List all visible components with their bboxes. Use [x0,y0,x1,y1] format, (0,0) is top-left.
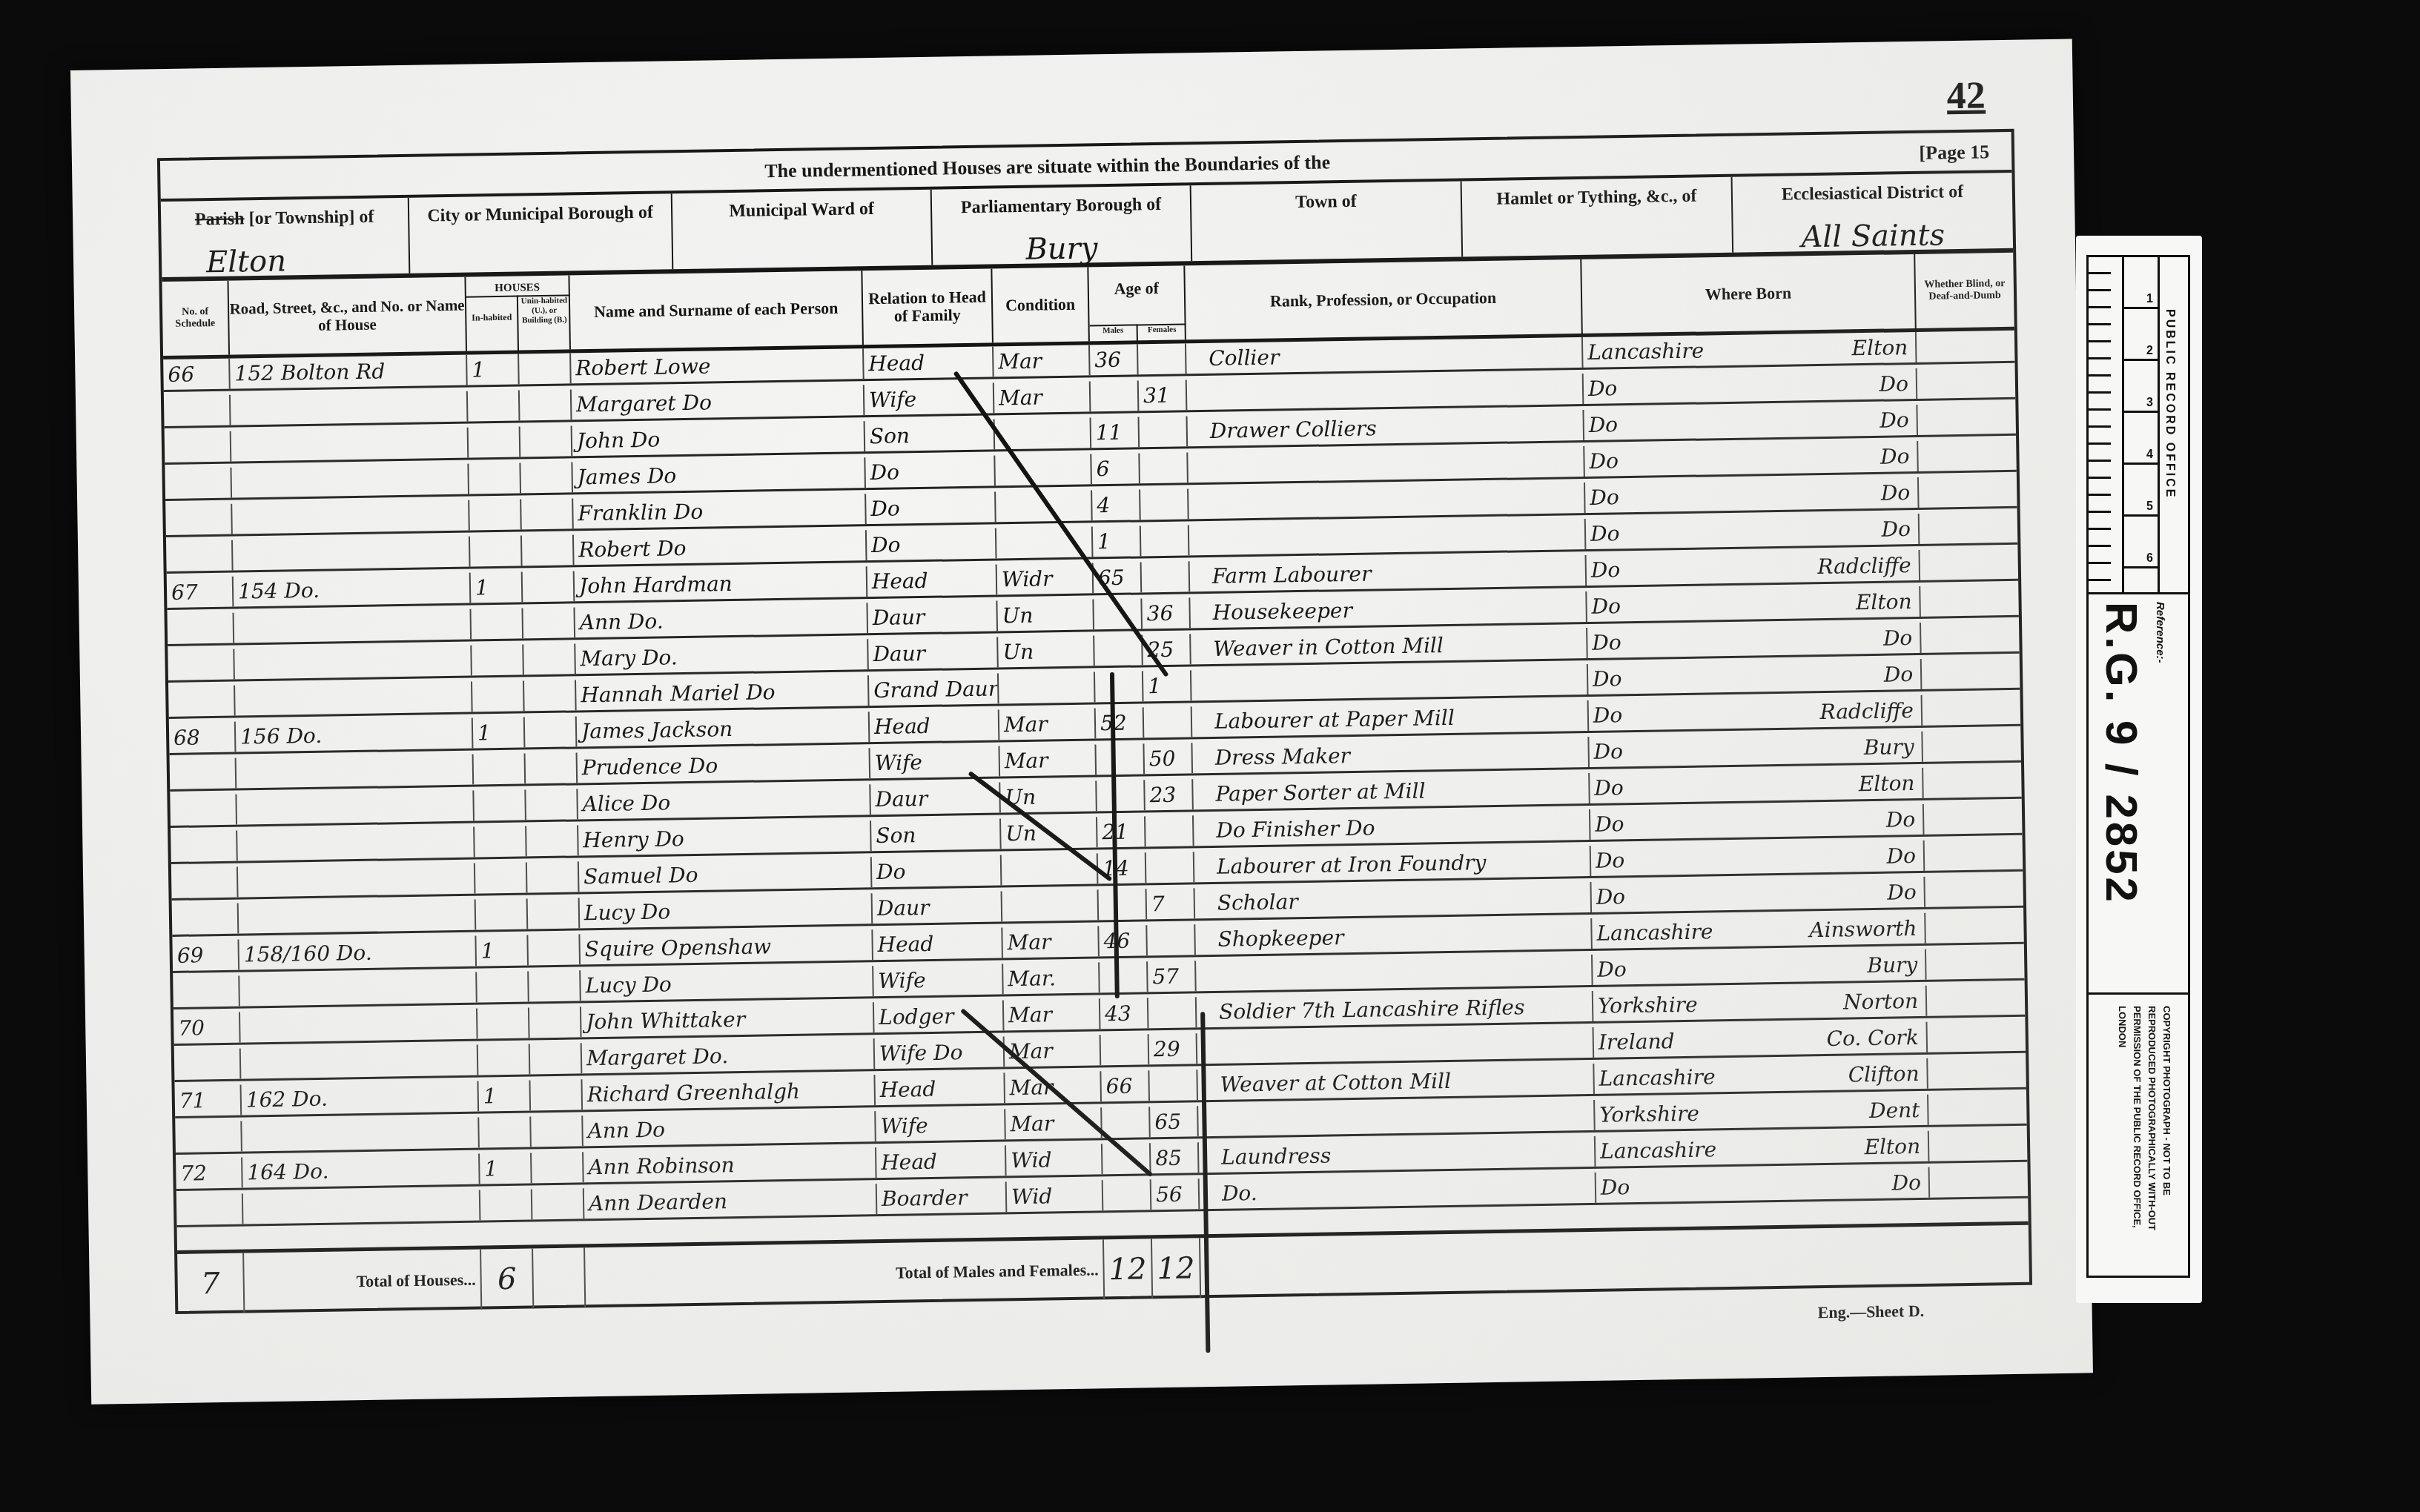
cell-born-county: Yorkshire [1593,988,1761,1021]
total-females: 12 [1152,1238,1201,1299]
cell-blind [1929,1130,2028,1161]
cell-born-place: Elton [1762,1131,1930,1164]
cell-male: 11 [1091,417,1140,448]
cell-schedule: 72 [176,1158,243,1189]
record-office-strip: 123456 PUBLIC RECORD OFFICE Reference:- … [2076,236,2202,1303]
cell-born-county: Do [1585,480,1753,513]
district-parish: Parish [or Township] of Elton [161,198,411,277]
cell-uninhabited [526,789,578,820]
header-schedule: No. of Schedule [162,281,230,356]
cell-uninhabited [530,1043,583,1074]
cell-road [234,609,472,643]
cell-relation: Daur [868,637,999,669]
cell-male [1101,1034,1150,1065]
parish-struck-label: Parish [195,209,245,229]
cell-born-county: Yorkshire [1595,1097,1762,1130]
total-males: 12 [1104,1239,1153,1299]
city-label: City or Municipal Borough of [427,203,653,226]
cell-born-county: Do [1591,843,1759,876]
cell-female [1145,815,1194,846]
cell-relation: Wife [870,746,1000,778]
cell-condition: Mar [1005,1107,1102,1139]
cell-uninhabited [530,1079,583,1110]
cell-born-county: Do [1584,443,1752,477]
cell-uninhabited [520,462,573,493]
cell-road [237,827,475,861]
cell-occupation: Labourer at Paper Mill [1192,700,1590,737]
cell-female [1146,852,1195,883]
cell-born-place: Norton [1760,986,1928,1019]
cell-occupation [1188,446,1585,483]
cell-schedule [164,395,231,426]
cell-blind [1917,331,2015,362]
cell-relation: Head [873,927,1003,960]
cell-occupation: Do Finisher Do [1194,809,1591,846]
total-houses-label: Total of Houses... [244,1249,482,1313]
cell-relation: Daur [870,782,1001,815]
cell-occupation: Dress Maker [1192,737,1590,773]
cell-female [1138,343,1187,374]
cell-relation: Head [870,709,1000,742]
cell-uninhabited [521,498,574,529]
cell-name: John Whittaker [581,1002,875,1037]
cell-occupation: Labourer at Iron Foundry [1194,846,1592,882]
cell-born-place: Clifton [1761,1058,1928,1092]
cell-blind [1926,948,2025,980]
cell-inhabited [476,898,529,929]
cell-relation: Son [871,818,1002,851]
cell-road [239,972,477,1007]
ecclesiastical-value: All Saints [1733,225,2013,248]
cell-uninhabited [525,716,578,747]
cell-relation: Do [872,855,1002,887]
cell-female: 31 [1139,379,1188,411]
cell-road [231,428,469,462]
cell-blind [1920,585,2019,617]
ruler-cm-mark: 6 [2124,517,2158,568]
cell-inhabited [475,826,527,857]
town-label: Town of [1295,192,1357,212]
cell-female [1148,997,1197,1028]
copyright-notice: COPYRIGHT PHOTOGRAPH - NOT TO BE REPRODU… [2111,1006,2174,1258]
cell-born-place: Do [1751,441,1919,474]
cell-uninhabited [524,680,577,711]
cell-blind [1925,912,2024,944]
header-occupation: Rank, Profession, or Occupation [1185,259,1583,339]
cell-schedule [172,903,239,935]
cell-inhabited [474,789,526,820]
cell-occupation: Paper Sorter at Mill [1193,773,1590,809]
cell-born-place: Bury [1759,949,1927,983]
cell-blind [1924,803,2023,835]
parish-label: [or Township] of [248,208,374,229]
cell-name: Margaret Do. [582,1038,876,1073]
cell-uninhabited [532,1152,584,1183]
cell-male: 21 [1097,816,1146,847]
cell-uninhabited [519,353,572,384]
cell-inhabited [474,753,526,784]
cell-road [240,1009,478,1043]
header-males: Males [1090,324,1138,345]
cell-inhabited [475,862,528,893]
cell-blind [1928,1093,2027,1125]
cell-blind [1923,730,2021,762]
cell-name: Samuel Do [579,857,873,892]
cell-uninhabited [522,534,575,566]
cell-male: 6 [1091,453,1140,484]
cell-occupation [1191,664,1589,700]
cell-female: 7 [1147,888,1196,919]
banner-text: The undermentioned Houses are situate wi… [764,151,1330,182]
cell-inhabited [477,1007,530,1038]
cell-inhabited [469,427,521,458]
cell-female: 23 [1145,779,1194,810]
cell-name: John Do [572,421,866,456]
cell-name: Ann Robinson [583,1147,877,1182]
cell-uninhabited [528,934,581,965]
cell-born-place: Do [1758,877,1925,910]
cell-inhabited [471,609,523,640]
scale-ruler: 123456 PUBLIC RECORD OFFICE [2089,257,2188,594]
cell-schedule [170,795,237,826]
header-condition: Condition [992,267,1090,342]
cell-inhabited: 1 [471,572,523,603]
cell-inhabited: 1 [480,1153,532,1184]
cell-male: 43 [1100,998,1149,1029]
cell-born-place: Do [1750,368,1918,402]
parliamentary-label: Parliamentary Borough of [961,195,1162,217]
ruler-cm-scale: 123456 [2124,257,2160,592]
cell-inhabited: 1 [476,935,529,966]
cell-female: 57 [1148,961,1197,992]
ruler-cm-mark: 1 [2124,257,2158,309]
cell-road [235,682,473,716]
cell-schedule [170,758,237,789]
cell-born-place: Elton [1750,332,1917,365]
cell-schedule [174,1049,242,1080]
cell-born-place: Radcliffe [1753,550,1920,583]
cell-schedule [168,613,235,644]
cell-schedule [171,831,238,862]
cell-born-county: Lancashire [1583,334,1750,368]
cell-born-place: Elton [1753,586,1921,620]
cell-blind [1922,657,2020,689]
cell-condition: Mar [994,381,1091,413]
cell-road [231,391,469,425]
sheet-footer: Eng.—Sheet D. [1817,1302,1924,1322]
cell-occupation [1198,1100,1596,1136]
cell-relation: Do [865,455,996,488]
cell-name: Lucy Do [581,966,874,1001]
cell-uninhabited [520,425,573,457]
folio-number: 42 [1946,73,1986,118]
cell-male: 36 [1090,344,1139,375]
cell-blind [1930,1166,2029,1198]
cell-road [241,1045,479,1079]
cell-occupation: Weaver at Cotton Mill [1197,1064,1595,1100]
cell-uninhabited [527,861,580,892]
cell-blind [1921,621,2020,653]
cell-uninhabited [529,1007,582,1038]
census-form: The undermentioned Houses are situate wi… [157,129,2032,1314]
cell-uninhabited [523,643,576,674]
cell-condition: Widr [997,563,1094,594]
cell-name: Ann Do [583,1111,876,1146]
cell-road: 164 Do. [242,1154,480,1188]
cell-inhabited [472,680,525,712]
cell-born-place: Do [1752,477,1920,511]
cell-name: Robert Lowe [571,348,864,383]
cell-relation: Wife Do [875,1036,1005,1069]
parliamentary-value: Bury [933,237,1191,260]
cell-condition [995,454,1092,485]
ruler-cm-mark: 3 [2124,361,2158,413]
total-schedules: 7 [177,1253,245,1314]
cell-born-county: Lancashire [1596,1133,1763,1167]
cell-male [1095,671,1144,702]
cell-occupation: Collier [1186,337,1584,374]
cell-schedule [173,976,240,1007]
town-value [1192,253,1461,257]
cell-born-county: Do [1590,806,1758,840]
header-road: Road, Street, &c., and No. or Name of Ho… [228,277,467,355]
cell-relation: Head [875,1072,1005,1105]
district-ward: Municipal Ward of [672,190,933,269]
cell-road: 154 Do. [234,573,472,607]
cell-occupation: Laundress [1199,1136,1596,1173]
cell-condition: Mar [999,744,1097,776]
cell-name: Ann Do. [575,603,868,637]
cell-female: 50 [1144,743,1193,774]
header-uninhabited: Unin-habited (U.), or Building (B.) [518,294,571,354]
cell-occupation: Weaver in Cotton Mill [1191,628,1588,664]
cell-road [239,900,477,934]
cell-schedule: 66 [163,359,231,390]
cell-inhabited [468,391,520,422]
cell-name: Ann Dearden [584,1184,878,1218]
cell-born-place: Do [1763,1167,1931,1201]
cell-female [1149,1070,1198,1101]
cell-road: 158/160 Do. [239,936,477,970]
cell-occupation: Scholar [1195,882,1593,918]
cell-inhabited [477,971,529,1002]
cell-uninhabited [526,825,579,856]
cell-born-place: Co. Cork [1761,1022,1928,1055]
cell-road [231,464,469,498]
cell-road: 156 Do. [236,718,474,752]
cell-relation: Grand Daur [869,673,999,706]
cell-condition: Un [998,635,1095,667]
cell-schedule [176,1194,244,1225]
cell-name: Lucy Do [580,893,873,928]
cell-born-place: Do [1754,623,1922,656]
cell-born-county: Lancashire [1594,1061,1762,1094]
cell-name: Robert Do [574,530,867,565]
parish-value: Elton [162,250,409,273]
cell-blind [1920,548,2018,580]
cell-occupation [1188,483,1586,519]
cell-schedule [165,504,233,535]
cell-occupation: Shopkeeper [1195,918,1593,955]
cell-born-county: Do [1584,407,1751,440]
cell-female: 65 [1150,1106,1199,1137]
cell-inhabited [479,1116,532,1147]
cell-road: 162 Do. [242,1081,480,1115]
cell-born-place: Do [1757,804,1925,838]
cell-relation: Wife [876,1109,1006,1141]
cell-schedule [171,867,239,898]
header-blind: Whether Blind, or Deaf-and-Dumb [1915,253,2014,328]
cell-female: 85 [1151,1142,1200,1173]
cell-condition: Mar [999,708,1097,740]
cell-born-county: Do [1588,661,1756,694]
cell-name: Squire Openshaw [580,929,873,964]
cell-male: 1 [1093,525,1142,557]
cell-female [1142,561,1191,592]
cell-inhabited [472,644,524,675]
cell-condition [995,417,1092,449]
cell-name: Franklin Do [573,494,867,528]
cell-blind [1917,367,2016,399]
cell-inhabited [470,536,523,567]
cell-blind [1925,839,2023,871]
cell-female [1147,924,1196,955]
cell-born-county: Do [1587,588,1754,622]
cell-male: 46 [1099,925,1148,956]
cell-uninhabited [529,970,581,1001]
ruler-cm-mark: 5 [2124,465,2158,517]
cell-name: James Do [572,457,866,492]
cell-condition: Un [997,599,1094,631]
cell-uninhabited [532,1188,585,1219]
cell-schedule [175,1121,242,1153]
cell-name: Prudence Do [578,748,871,783]
cell-name: Margaret Do [572,385,865,420]
cell-road [233,537,471,571]
district-parliamentary: Parliamentary Borough of Bury [932,185,1193,265]
cell-name: Richard Greenhalgh [582,1075,876,1110]
cell-occupation: Soldier 7th Lancashire Rifles [1197,991,1594,1027]
cell-condition: Mar [1002,926,1100,958]
cell-road [237,791,475,825]
cell-born-county: Do [1589,734,1756,767]
cell-road [238,863,476,898]
header-females: Females [1138,323,1186,344]
cell-uninhabited [526,752,578,783]
cell-relation: Wife [873,964,1004,996]
cell-born-place: Dent [1762,1095,1929,1128]
cell-female [1144,706,1193,737]
cell-schedule [165,468,232,499]
cell-occupation [1197,1027,1595,1064]
cell-name: Mary Do. [575,639,869,674]
cell-uninhabited [520,389,572,420]
cell-born-place: Do [1750,405,1918,438]
ecclesiastical-label: Ecclesiastical District of [1782,182,1964,205]
cell-uninhabited [531,1115,583,1147]
city-value [410,265,672,269]
cell-born-place: Bury [1756,732,1923,765]
cell-condition: Wid [1007,1180,1104,1212]
cell-female [1140,488,1189,520]
cell-road [243,1190,481,1224]
reference-number: R.G. 9 / 2852 [2096,602,2147,905]
ward-value [673,261,931,265]
district-city: City or Municipal Borough of [409,193,674,273]
cell-schedule: 67 [167,577,234,608]
cell-blind [1927,984,2026,1016]
reference-box: Reference:- R.G. 9 / 2852 [2089,594,2188,995]
cell-name: John Hardman [575,566,868,601]
cell-blind [1928,1057,2026,1089]
cell-schedule [168,649,235,680]
cell-name: James Jackson [577,712,870,746]
cell-schedule: 68 [169,722,237,753]
cell-occupation [1187,374,1584,410]
cell-blind [1923,694,2021,726]
cell-occupation: Housekeeper [1190,591,1587,628]
cell-female: 56 [1151,1178,1200,1210]
cell-occupation: Farm Labourer [1190,555,1587,591]
cell-road [232,500,470,534]
cell-born-county: Do [1591,879,1759,912]
cell-occupation [1196,955,1593,991]
cell-male [1103,1179,1152,1210]
header-where-born: Where Born [1581,254,1917,334]
cell-relation: Head [864,346,994,379]
cell-inhabited [469,500,522,531]
cell-condition [999,672,1096,703]
cell-blind [1925,875,2023,907]
cell-name: Hannah Mariel Do [576,675,870,710]
cell-male [1094,634,1143,666]
cell-condition [996,490,1093,522]
cell-blind [1927,1021,2026,1052]
cell-born-place: Elton [1756,768,1924,801]
cell-born-county: Do [1586,516,1753,549]
cell-female [1140,452,1188,483]
cell-born-county: Do [1587,625,1755,658]
district-hamlet: Hamlet or Tything, &c., of [1462,177,1734,257]
cell-born-county: Do [1587,552,1754,586]
cell-occupation: Do. [1200,1173,1597,1209]
cell-born-county: Do [1590,770,1757,803]
cell-blind [1919,476,2017,508]
cell-inhabited [478,1044,531,1075]
cell-relation: Boarder [877,1181,1008,1214]
cell-condition: Mar [994,345,1091,377]
cell-male [1096,743,1145,775]
cell-blind [1923,766,2022,798]
cell-born-county: Do [1596,1170,1764,1203]
header-name: Name and Surname of each Person [569,271,864,349]
cell-road [234,646,472,680]
totals-row: 7 Total of Houses... 6 Total of Males an… [177,1221,2029,1314]
cell-relation: Son [865,419,996,451]
cell-born-county: Do [1593,952,1760,985]
office-name: PUBLIC RECORD OFFICE [2163,309,2176,499]
cell-born-county: Lancashire [1592,915,1759,949]
total-persons-label: Total of Males and Females... [585,1239,1105,1307]
cell-name: Alice Do [578,784,871,819]
cell-male [1097,780,1145,811]
reference-label: Reference:- [2154,602,2166,663]
cell-road [237,755,475,789]
cell-relation: Do [866,491,996,524]
cell-born-place: Ainsworth [1759,913,1926,946]
header-relation: Relation to Head of Family [862,269,994,345]
cell-inhabited [469,463,521,494]
